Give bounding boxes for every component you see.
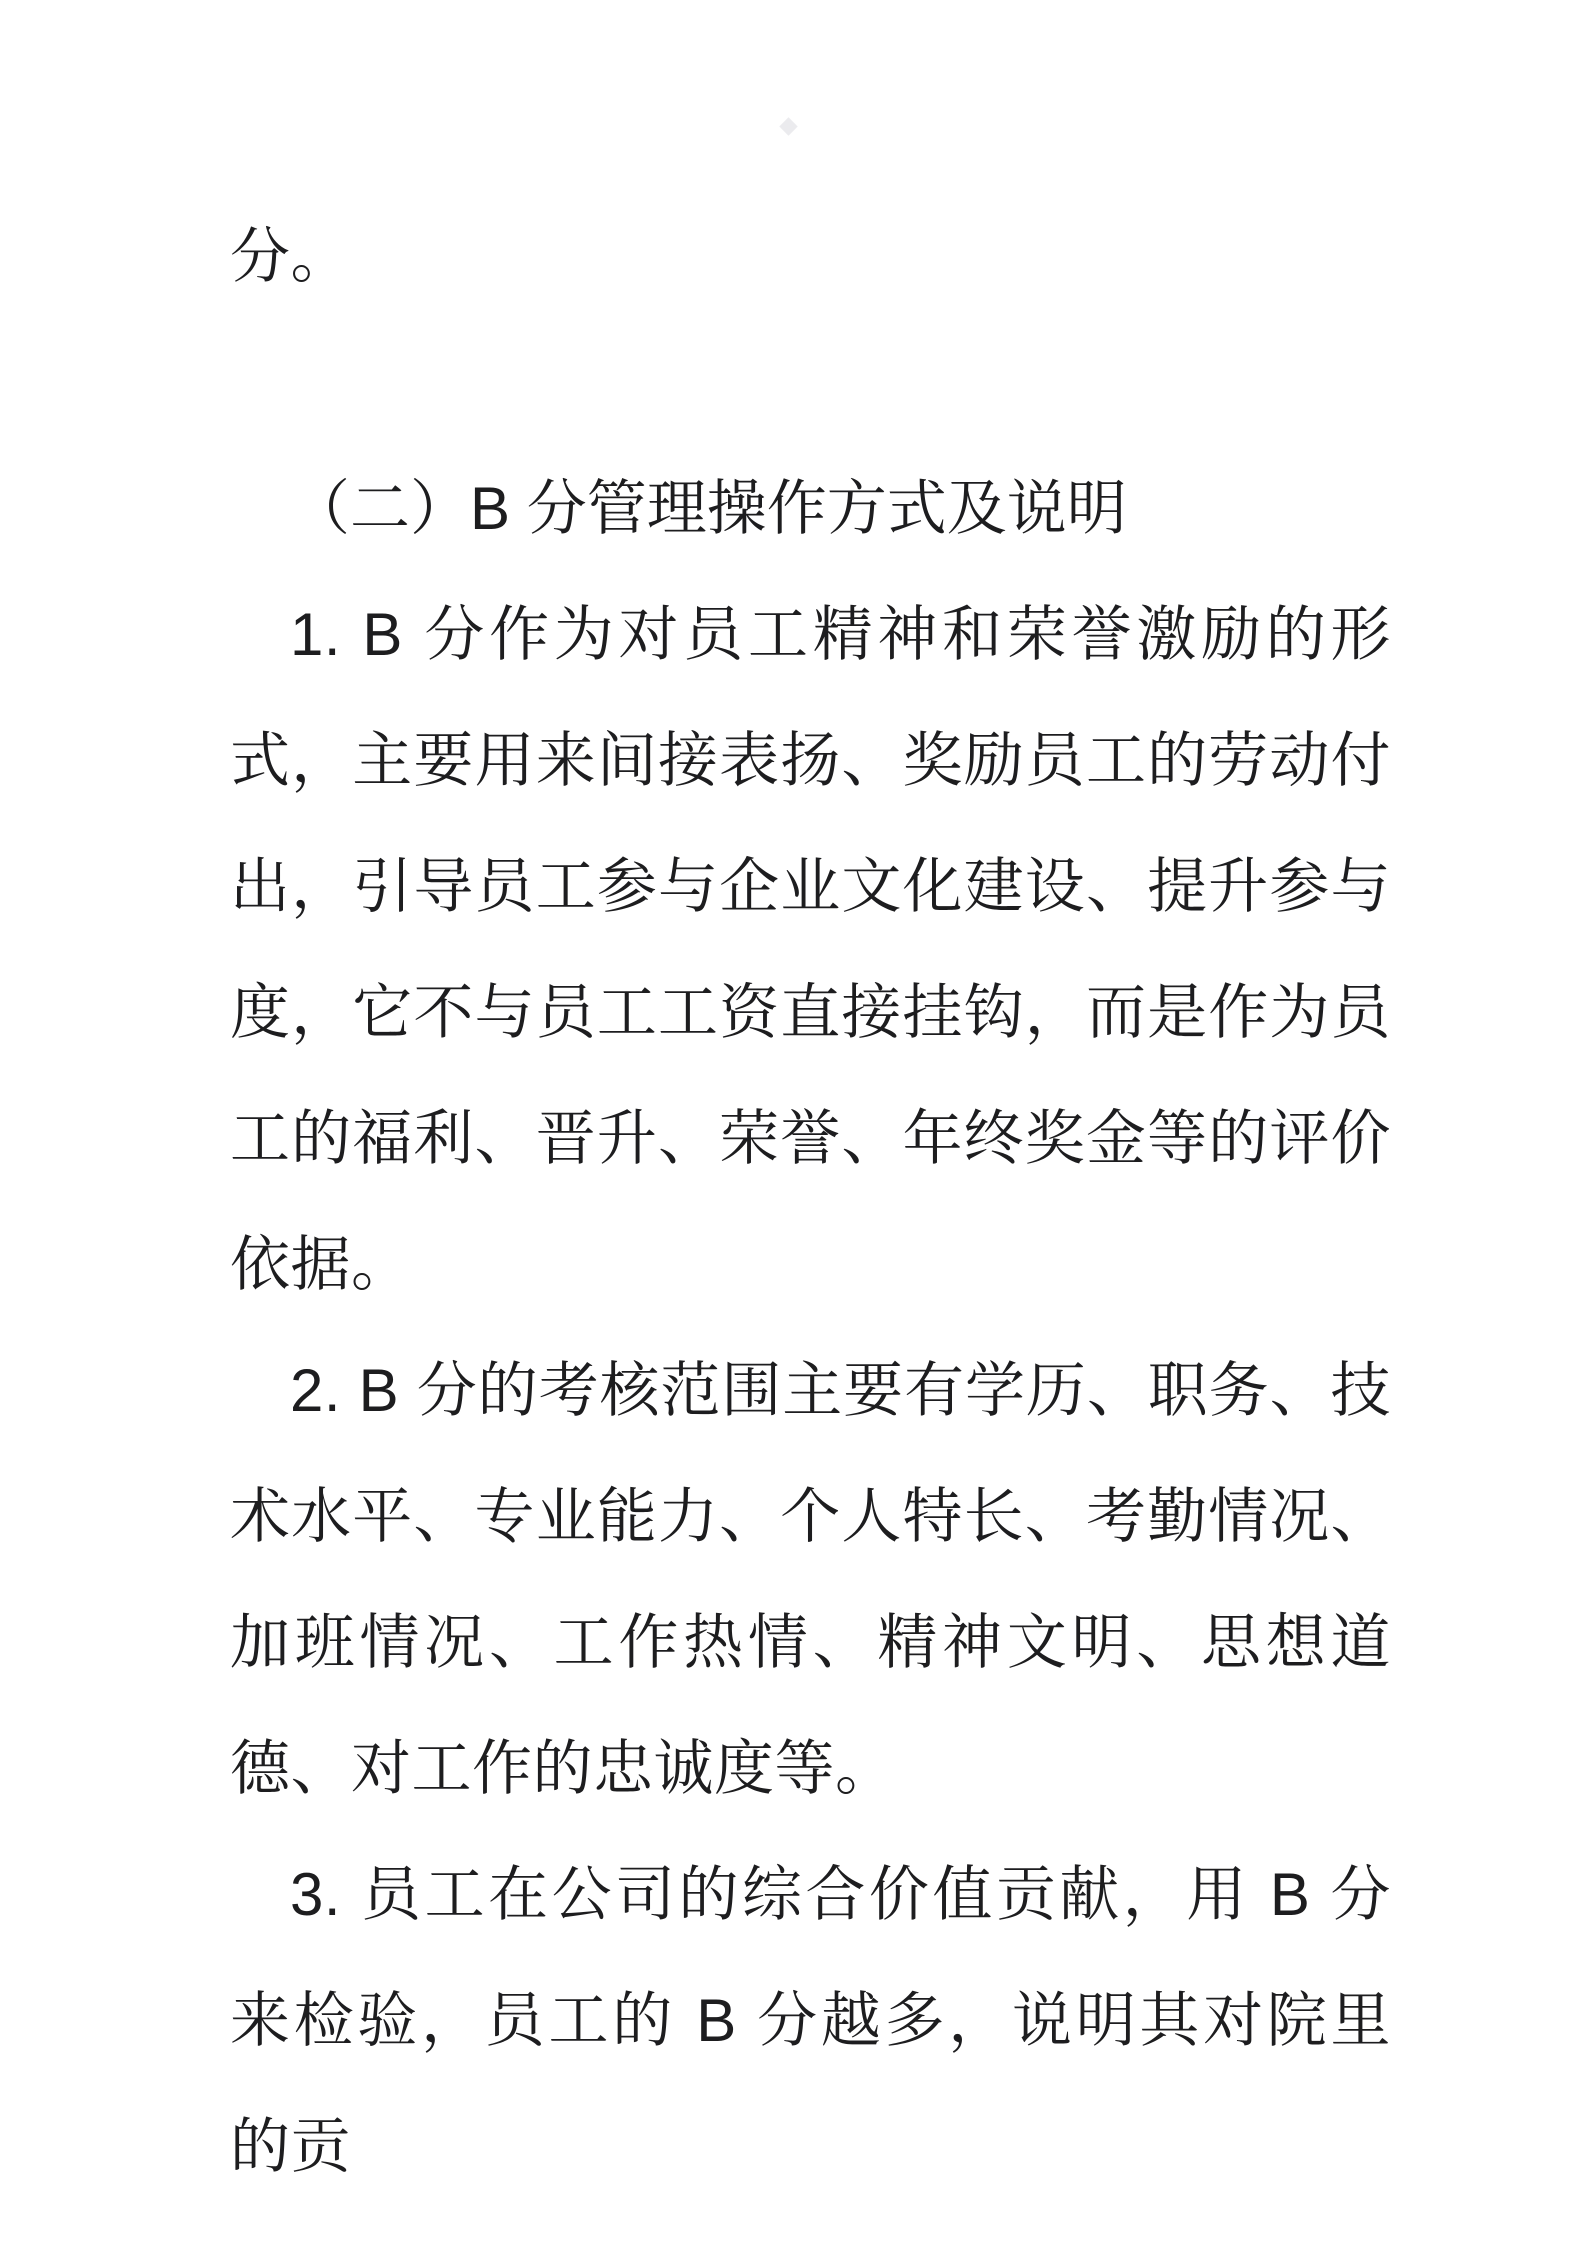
document-page: 分。 （二）B 分管理操作方式及说明 1. B 分作为对员工精神和荣誉激励的形式…	[0, 0, 1587, 2245]
paragraph-2: 2. B 分的考核范围主要有学历、职务、技术水平、专业能力、个人特长、考勤情况、…	[230, 1328, 1391, 1832]
scan-speck-artifact	[779, 117, 797, 135]
previous-paragraph-ending: 分。	[230, 194, 1391, 320]
section-heading: （二）B 分管理操作方式及说明	[230, 446, 1391, 572]
paragraph-1: 1. B 分作为对员工精神和荣誉激励的形式，主要用来间接表扬、奖励员工的劳动付出…	[230, 572, 1391, 1328]
paragraph-3: 3. 员工在公司的综合价值贡献，用 B 分来检验，员工的 B 分越多，说明其对院…	[230, 1832, 1391, 2210]
